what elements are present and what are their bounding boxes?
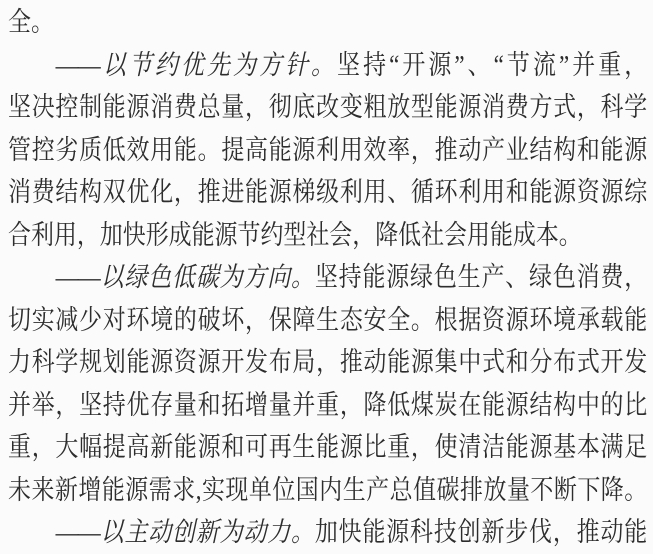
text-line: 切实减少对环境的破坏，保障生态安全。根据资源环境承载能 <box>8 299 647 342</box>
body-text: 加快能源科技创新步伐，推动能 <box>315 517 647 547</box>
body-text: 并举，坚持优存量和拓增量并重，降低煤炭在能源结构中的比 <box>8 390 647 420</box>
body-text: 消费结构双优化，推进能源梯级利用、循环利用和能源资源综 <box>8 177 647 207</box>
text-line: 未来新增能源需求,实现单位国内生产总值碳排放量不断下降。 <box>8 469 647 512</box>
text-line: 消费结构双优化，推进能源梯级利用、循环利用和能源资源综 <box>8 171 647 214</box>
paragraph-end-text: 全。 <box>8 7 54 37</box>
em-dash: —— <box>56 262 100 292</box>
text-line: ——以主动创新为动力。加快能源科技创新步伐，推动能 <box>8 511 647 554</box>
emphasized-phrase: 以节约优先为方针。 <box>100 50 337 80</box>
text-line: 全。 <box>8 1 647 44</box>
em-dash: —— <box>56 50 100 80</box>
text-line: 合利用，加快形成能源节约型社会，降低社会用能成本。 <box>8 214 647 257</box>
document-page: 全。 ——以节约优先为方针。坚持“开源”、“节流”并重， 坚决控制能源消费总量，… <box>0 0 653 554</box>
body-text: 坚持“开源”、“节流”并重， <box>337 50 647 80</box>
text-line: 并举，坚持优存量和拓增量并重，降低煤炭在能源结构中的比 <box>8 384 647 427</box>
body-text: 合利用，加快形成能源节约型社会，降低社会用能成本。 <box>8 220 582 250</box>
body-text: 力科学规划能源资源开发布局，推动能源集中式和分布式开发 <box>8 347 647 377</box>
body-text: 管控劣质低效用能。提高能源利用效率，推动产业结构和能源 <box>8 135 647 165</box>
text-line: ——以绿色低碳为方向。坚持能源绿色生产、绿色消费， <box>8 256 647 299</box>
text-line: ——以节约优先为方针。坚持“开源”、“节流”并重， <box>8 44 647 87</box>
em-dash: —— <box>56 517 100 547</box>
body-text: 坚持能源绿色生产、绿色消费， <box>315 262 647 292</box>
body-text: 坚决控制能源消费总量，彻底改变粗放型能源消费方式，科学 <box>8 92 647 122</box>
text-line: 力科学规划能源资源开发布局，推动能源集中式和分布式开发 <box>8 341 647 384</box>
text-line: 坚决控制能源消费总量，彻底改变粗放型能源消费方式，科学 <box>8 86 647 129</box>
body-text: 重，大幅提高新能源和可再生能源比重，使清洁能源基本满足 <box>8 432 647 462</box>
emphasized-phrase: 以主动创新为动力。 <box>100 517 315 547</box>
text-line: 重，大幅提高新能源和可再生能源比重，使清洁能源基本满足 <box>8 426 647 469</box>
body-text: 未来新增能源需求,实现单位国内生产总值碳排放量不断下降。 <box>8 475 647 505</box>
text-line: 管控劣质低效用能。提高能源利用效率，推动产业结构和能源 <box>8 129 647 172</box>
body-text: 切实减少对环境的破坏，保障生态安全。根据资源环境承载能 <box>8 305 647 335</box>
emphasized-phrase: 以绿色低碳为方向。 <box>100 262 315 292</box>
